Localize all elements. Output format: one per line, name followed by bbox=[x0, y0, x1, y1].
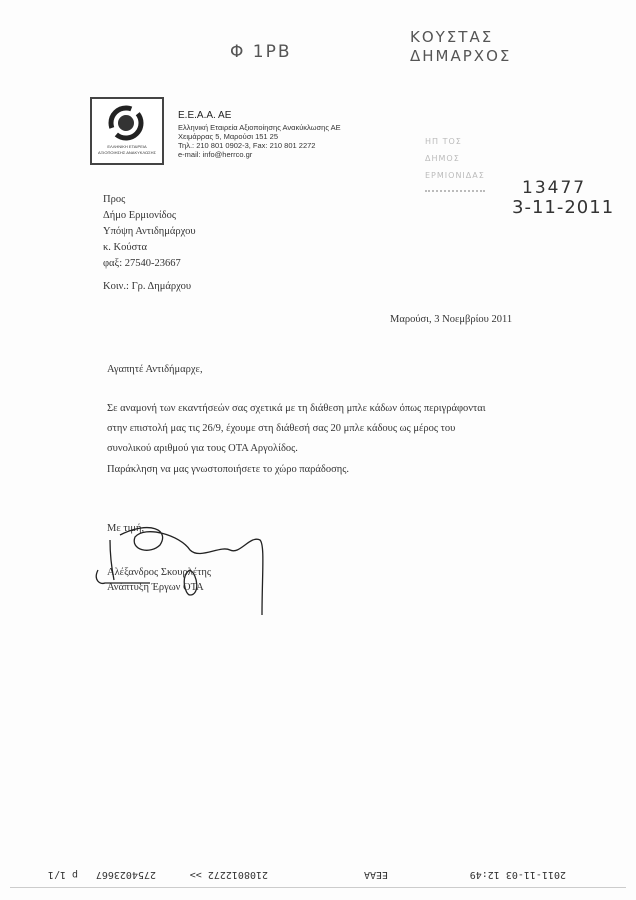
stamp-line-2: ΔΗΜΟΣ bbox=[425, 154, 460, 163]
recipient-fax: φαξ: 27540-23667 bbox=[103, 258, 181, 269]
stamp-date: 3-11-2011 bbox=[512, 197, 614, 218]
fax-transmission-header: 2011-11-03 12:49 EEAA 2108012272 >> 2754… bbox=[0, 862, 636, 888]
recipient-to: Προς bbox=[103, 194, 125, 205]
stamp-protocol-number: 13477 bbox=[522, 178, 586, 198]
stamp-line-4 bbox=[425, 190, 485, 192]
handwritten-role: ΔΗΜΑΡΧΟΣ bbox=[410, 47, 511, 65]
company-email: e-mail: info@herrco.gr bbox=[178, 150, 252, 159]
company-address: Χειμάρρας 5, Μαρούσι 151 25 bbox=[178, 132, 278, 141]
fax-page: p 1/1 bbox=[48, 869, 78, 880]
recipient-municipality: Δήμο Ερμιονίδος bbox=[103, 210, 176, 221]
body-line-3: συνολικού αριθμού για τους ΟΤΑ Αργολίδος… bbox=[107, 443, 298, 454]
company-phone-fax: Τηλ.: 210 801 0902-3, Fax: 210 801 2272 bbox=[178, 141, 315, 150]
fax-header-rule bbox=[10, 887, 626, 888]
signature-icon bbox=[90, 515, 290, 615]
body-line-2: στην επιστολή μας τις 26/9, έχουμε στη δ… bbox=[107, 423, 455, 434]
handwritten-name: ΚΟΥΣΤΑΣ bbox=[410, 28, 493, 46]
company-short-name: Ε.Ε.Α.Α. ΑΕ bbox=[178, 110, 231, 121]
salutation: Αγαπητέ Αντιδήμαρχε, bbox=[107, 364, 203, 375]
body-line-4: Παράκληση να μας γνωστοποιήσετε το χώρο … bbox=[107, 464, 349, 475]
place-date: Μαρούσι, 3 Νοεμβρίου 2011 bbox=[390, 314, 512, 325]
body-line-1: Σε αναμονή των εκαντήσεών σας σχετικά με… bbox=[107, 403, 486, 414]
fax-sender: EEAA bbox=[364, 869, 388, 880]
handwritten-file-code: Φ 1ΡΒ bbox=[230, 42, 292, 62]
logo-caption-1: ΕΛΛΗΝΙΚΗ ΕΤΑΙΡΕΙΑ bbox=[94, 144, 160, 149]
recipient-name: κ. Κούστα bbox=[103, 242, 147, 253]
fax-from-number: 2108012272 >> bbox=[190, 869, 268, 880]
company-full-name: Ελληνική Εταιρεία Αξιοποίησης Ανακύκλωση… bbox=[178, 123, 341, 132]
fax-datetime: 2011-11-03 12:49 bbox=[470, 869, 566, 880]
fax-to-number: 2754023667 bbox=[96, 869, 156, 880]
recipient-attention: Υπόψη Αντιδημάρχου bbox=[103, 226, 196, 237]
stamp-line-3: ΕΡΜΙΟΝΙΔΑΣ bbox=[425, 171, 485, 180]
logo-caption-2: ΑΞΙΟΠΟΙΗΣΗΣ ΑΝΑΚΥΚΛΩΣΗΣ bbox=[94, 150, 160, 155]
company-logo: ΕΛΛΗΝΙΚΗ ΕΤΑΙΡΕΙΑ ΑΞΙΟΠΟΙΗΣΗΣ ΑΝΑΚΥΚΛΩΣΗ… bbox=[90, 97, 164, 165]
recipient-cc: Κοιν.: Γρ. Δημάρχου bbox=[103, 281, 191, 292]
stamp-line-1: ΗΠ ΤΟΣ bbox=[425, 137, 462, 146]
recycle-logo-icon bbox=[108, 105, 144, 141]
